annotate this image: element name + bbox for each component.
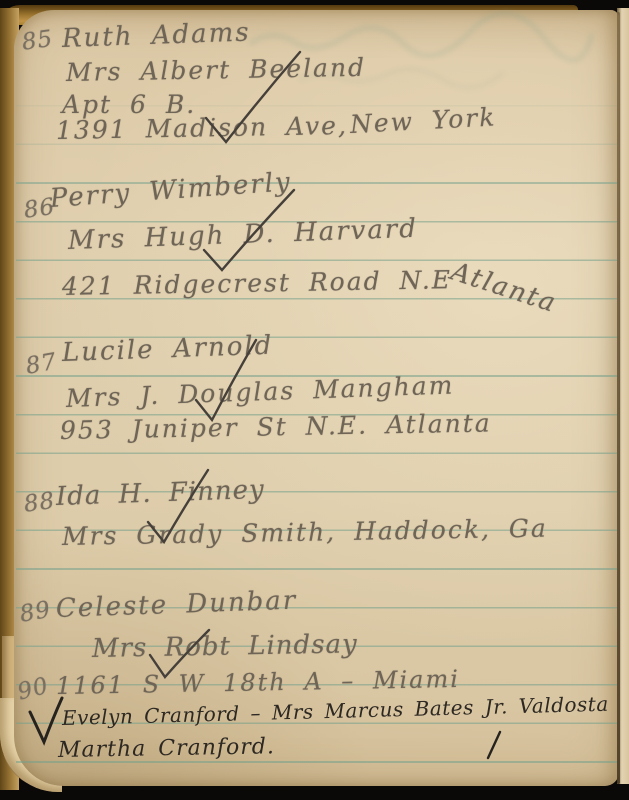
entry-number: 87 — [24, 349, 59, 380]
entry-number: 85 — [20, 26, 55, 56]
handwriting-line: Mrs Albert Beeland — [66, 53, 367, 87]
entry-number: 89 — [18, 597, 53, 628]
notebook-photo: 85 Ruth Adams Mrs Albert Beeland Apt 6 B… — [0, 0, 629, 800]
page-seam — [617, 12, 620, 784]
handwriting-line: Mrs Robt Lindsay — [92, 629, 358, 664]
entry-number: 88 — [22, 488, 57, 518]
addendum-line: Martha Cranford. — [58, 734, 275, 763]
handwriting-line: 1391 Madison Ave, — [56, 111, 348, 145]
